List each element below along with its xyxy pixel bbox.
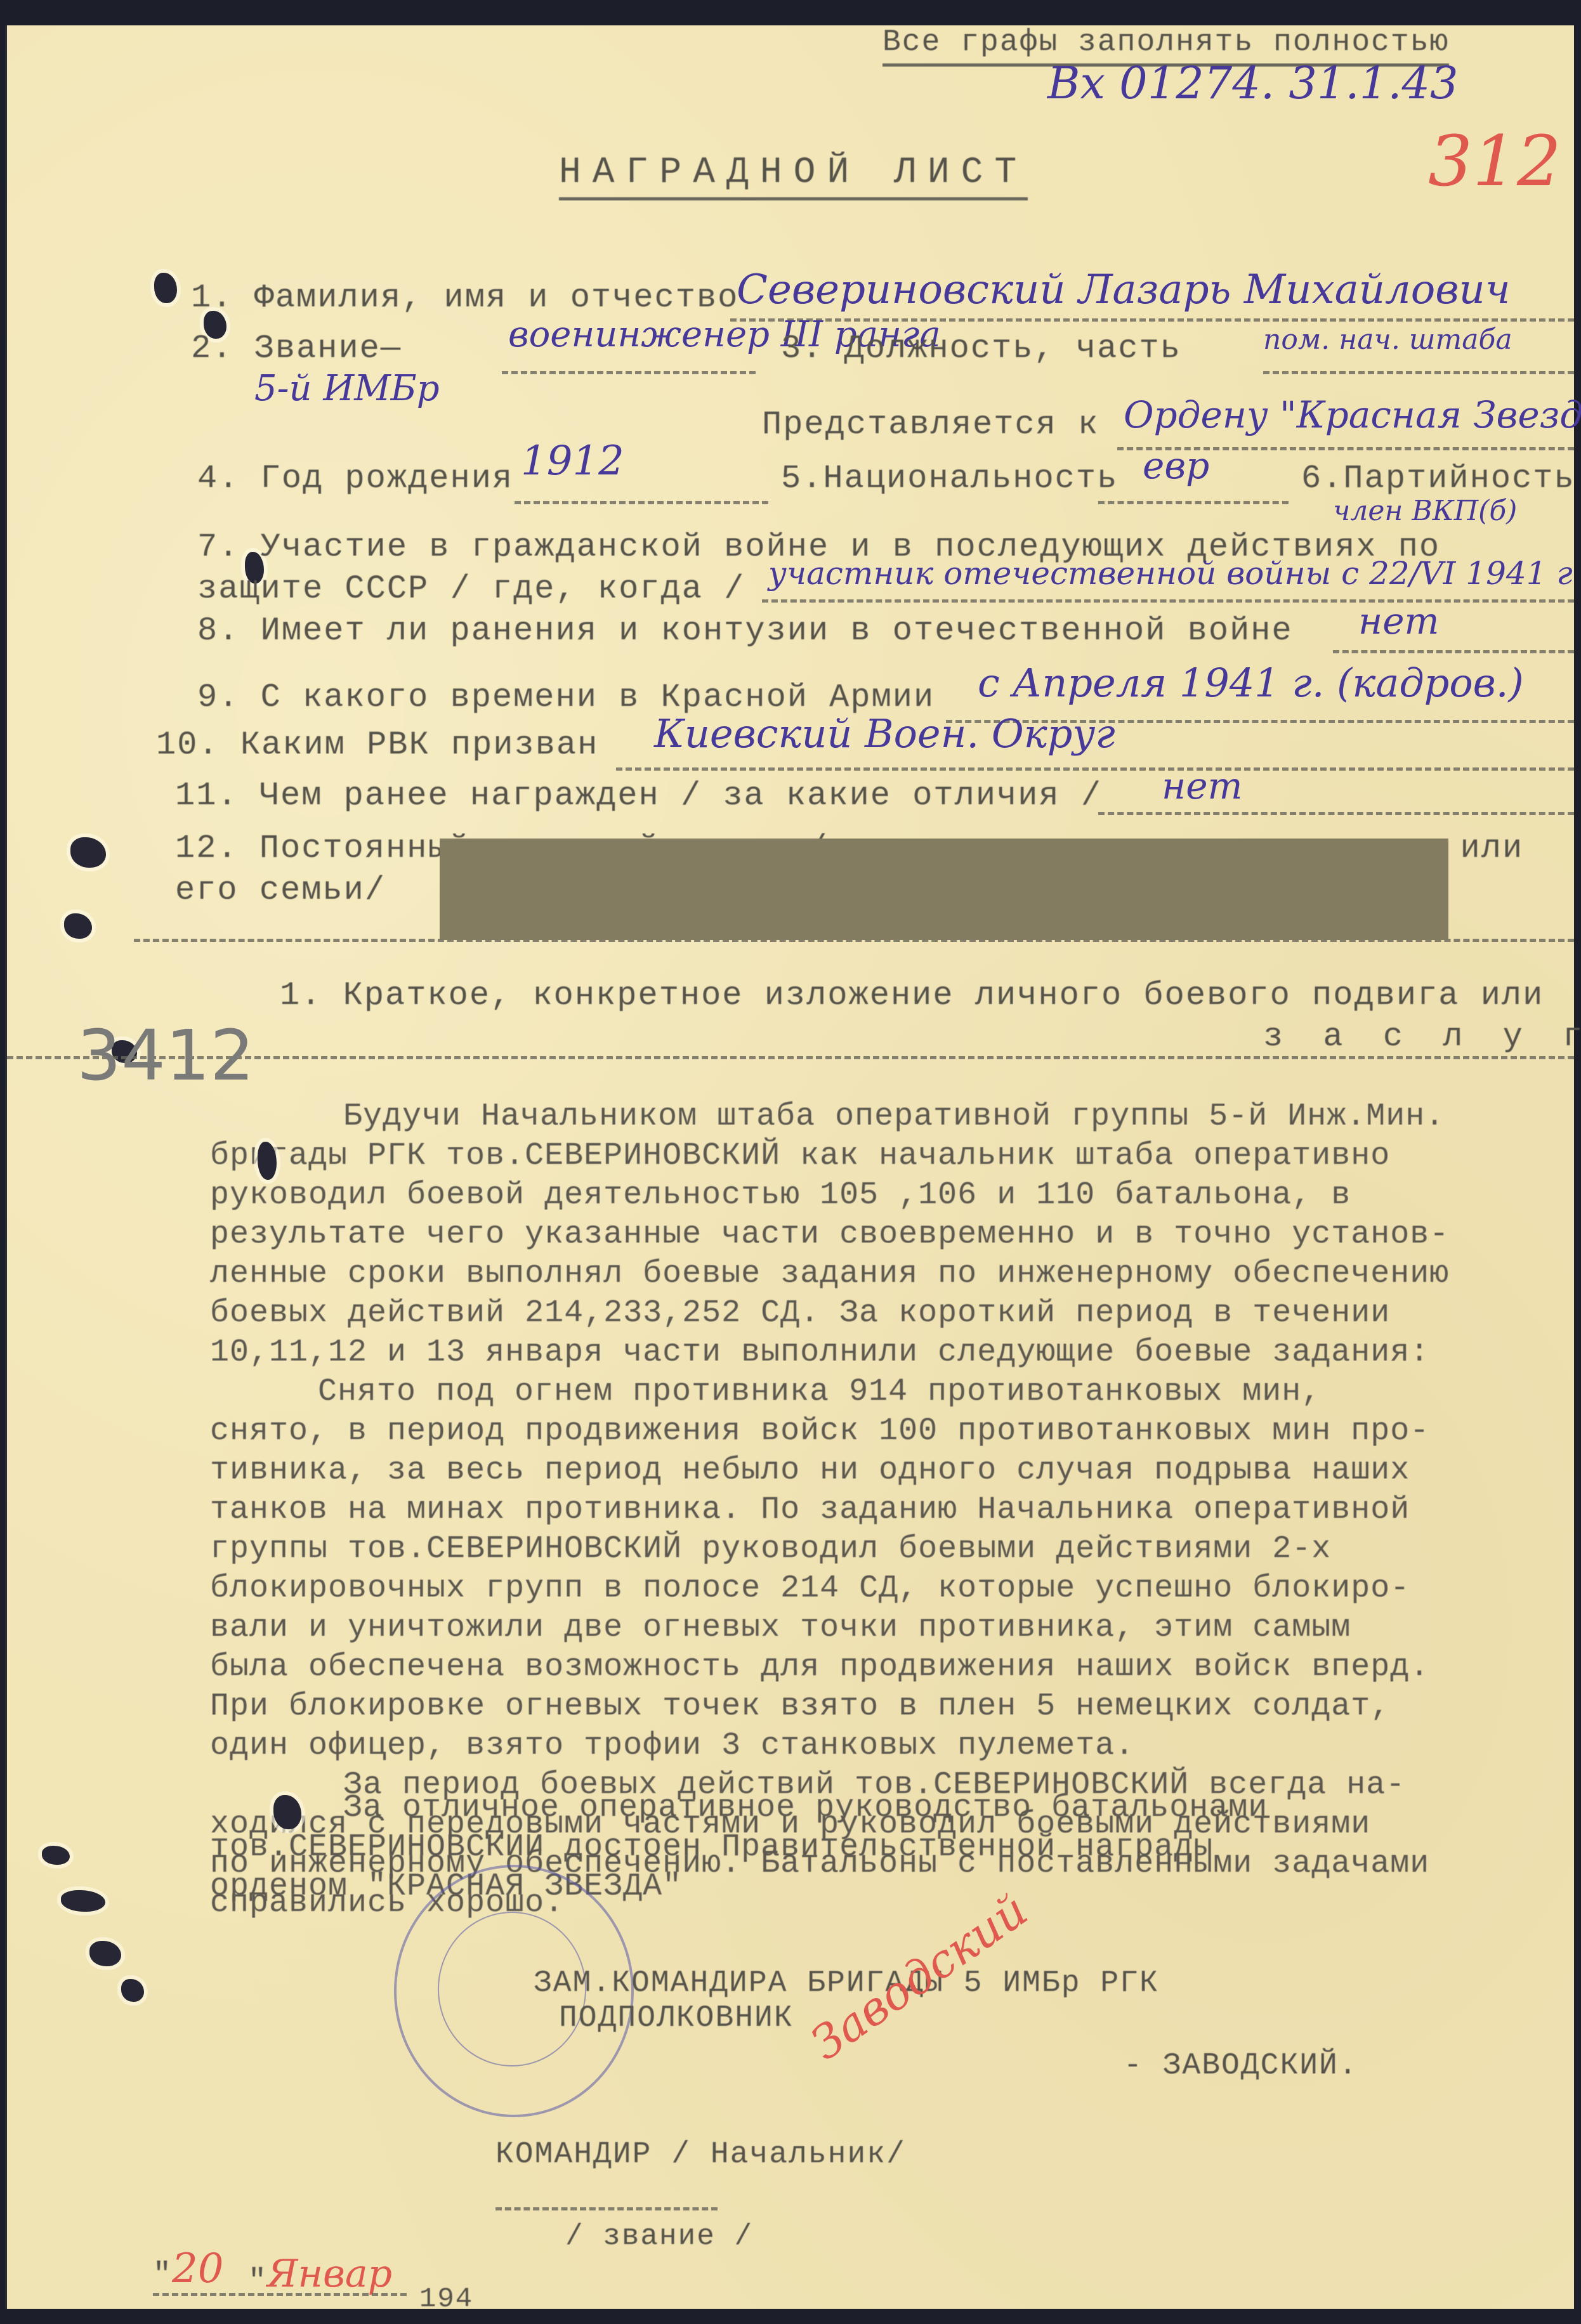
punch-hole — [89, 1941, 121, 1966]
field-3-value: пом. нач. штаба — [1263, 323, 1512, 356]
field-4-label: 4. Год рождения — [197, 460, 513, 497]
conclusion: За отличное оперативное руководство бата… — [210, 1789, 1268, 1907]
field-10-label: 10. Каким РВК призван — [156, 726, 598, 764]
field-11-value: нет — [1162, 764, 1243, 807]
party-value: член ВКП(б) — [1333, 495, 1517, 527]
punch-hole — [154, 273, 177, 303]
field-7-value: участник отечественной войны с 22/VI 194… — [768, 555, 1573, 592]
field-8-label: 8. Имеет ли ранения и контузии в отечест… — [197, 612, 1293, 650]
red-number: 312 — [1428, 121, 1561, 202]
incoming-number: Вх 01274. 31.1.43 — [1047, 57, 1459, 109]
punch-hole — [64, 913, 92, 939]
field-5-label: 5.Национальность — [781, 460, 1118, 497]
date-day: 20 — [172, 2245, 223, 2292]
punch-hole — [42, 1846, 70, 1865]
punch-hole — [61, 1890, 105, 1912]
section2-heading: 1. Краткое, конкретное изложение личного… — [280, 977, 1544, 1014]
field-10-value: Киевский Воен. Округ — [654, 710, 1115, 757]
field-8-value: нет — [1358, 599, 1440, 643]
date-year: 194 — [419, 2283, 473, 2315]
field-1-label: 1. Фамилия, имя и отчество — [191, 279, 738, 317]
signer-name: - ЗАВОДСКИЙ. — [1124, 2049, 1358, 2083]
field-1-value: Севериновский Лазарь Михайлович — [737, 266, 1511, 313]
field-9-value: с Апреля 1941 г. (кадров.) — [978, 660, 1524, 706]
award-value: Ордену "Красная Звезда" — [1124, 393, 1581, 436]
punch-hole — [70, 837, 106, 868]
award-sheet: Все графы заполнять полностью Вх 01274. … — [5, 25, 1574, 2309]
page-title: НАГРАДНОЙ ЛИСТ — [559, 152, 1028, 200]
field-2-unit: 5-й ИМБр — [254, 368, 440, 409]
field-2-label: 2. Звание— — [191, 330, 402, 367]
nationality-value: евр — [1143, 444, 1209, 487]
field-6-label: 6.Партийность — [1301, 460, 1575, 497]
pencil-margin-note: 3412 — [77, 1015, 254, 1096]
date-month: Январ — [267, 2252, 392, 2296]
signer-rank: ПОДПОЛКОВНИК — [559, 2001, 794, 2035]
birth-year: 1912 — [521, 438, 624, 485]
section2-heading-2: з а с л у г — [1263, 1018, 1581, 1055]
rank-label: / звание / — [565, 2220, 753, 2253]
punch-hole — [121, 1979, 144, 2002]
commander-label: КОМАНДИР / Начальник/ — [495, 2138, 906, 2172]
field-11-label: 11. Чем ранее награжден / за какие отлич… — [175, 777, 1102, 814]
nominated-label: Представляется к — [762, 406, 1099, 443]
address-redaction — [440, 839, 1448, 940]
field-3-label: 3. Должность, часть — [781, 330, 1181, 367]
